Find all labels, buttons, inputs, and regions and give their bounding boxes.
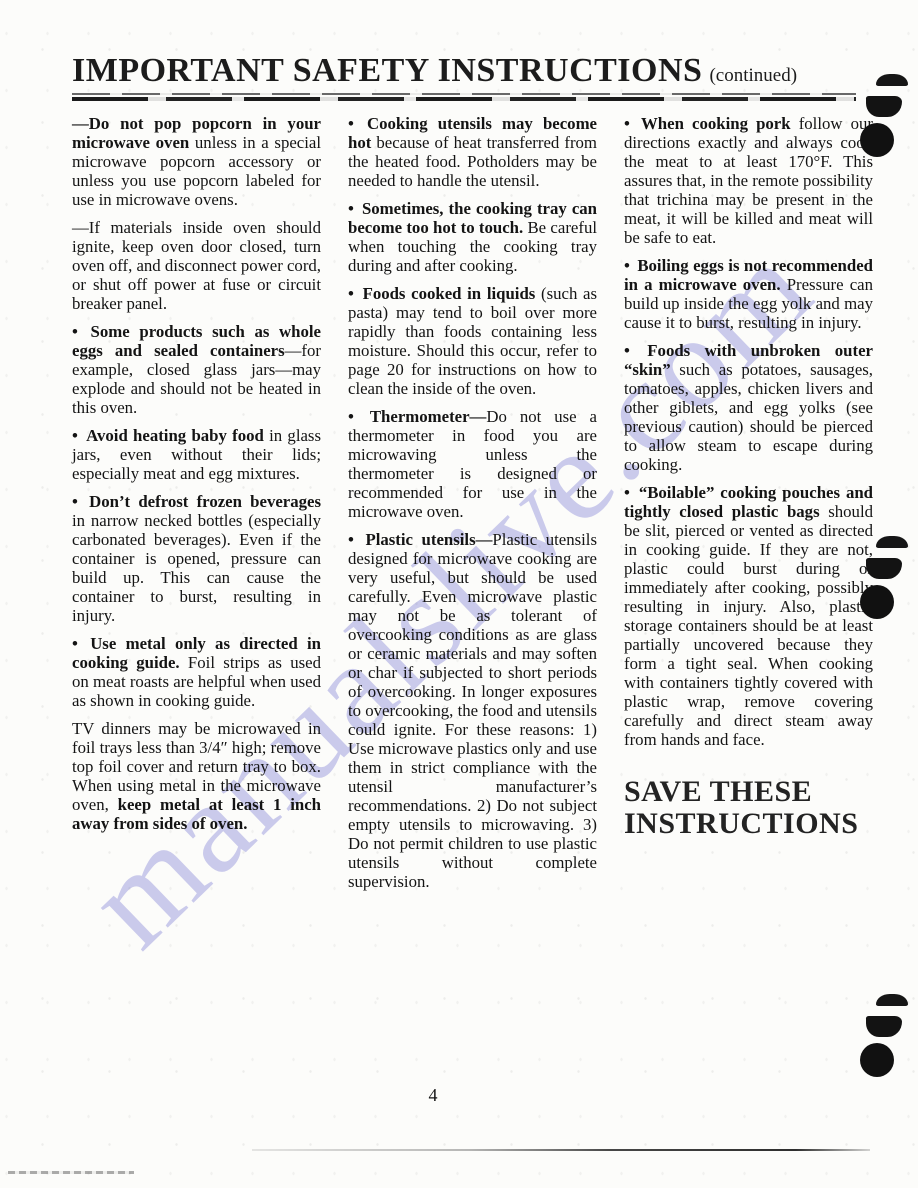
page-header: IMPORTANT SAFETY INSTRUCTIONS(continued) [72, 54, 856, 101]
binding-bowl-mark [866, 558, 902, 579]
save-heading-line2: INSTRUCTIONS [624, 808, 873, 840]
binding-dome-mark [876, 994, 908, 1006]
binding-marks-middle [858, 536, 910, 619]
column-2: • Cooking utensils may become hot becaus… [348, 114, 597, 900]
title-underline [72, 93, 856, 101]
paragraph-lead: Some products such as whole eggs and sea… [72, 322, 321, 360]
save-heading-line1: SAVE THESE [624, 776, 873, 808]
paragraph-lead: Use metal only as directed in cooking gu… [72, 634, 321, 672]
paragraph: TV dinners may be microwaved in foil tra… [72, 719, 321, 833]
bullet-marker: • [72, 634, 87, 653]
paragraph-lead: —Do not pop popcorn in your microwave ov… [72, 114, 321, 152]
paragraph: • When cooking pork follow our direction… [624, 114, 873, 247]
bullet-marker: • [348, 284, 360, 303]
binding-dot-mark [860, 123, 894, 157]
paragraph: • Plastic utensils—Plastic utensils desi… [348, 530, 597, 891]
content-columns: —Do not pop popcorn in your microwave ov… [0, 114, 918, 900]
binding-dot-mark [860, 1043, 894, 1077]
bullet-marker: • [348, 114, 364, 133]
binding-dome-mark [876, 74, 908, 86]
paragraph-tail: keep metal at least 1 inch away from sid… [72, 795, 321, 833]
paragraph-lead: Foods cooked in liquids [363, 284, 536, 303]
paragraph: • Avoid heating baby food in glass jars,… [72, 426, 321, 483]
page-title-suffix: (continued) [709, 65, 797, 86]
paragraph-lead: When cooking pork [641, 114, 791, 133]
page-number: 4 [0, 1085, 866, 1106]
scan-artifact-mark [8, 1171, 134, 1174]
paragraph: • Thermometer—Do not use a thermometer i… [348, 407, 597, 521]
paragraph: • Foods with unbroken outer “skin” such … [624, 341, 873, 474]
paragraph: —Do not pop popcorn in your microwave ov… [72, 114, 321, 209]
manual-page: manualslive.com IMPORTANT SAFETY INSTRUC… [0, 0, 918, 1188]
bullet-marker: • [624, 483, 636, 502]
paragraph: • Sometimes, the cooking tray can become… [348, 199, 597, 275]
binding-bowl-mark [866, 96, 902, 117]
bullet-marker: • [72, 492, 86, 511]
column-1: —Do not pop popcorn in your microwave ov… [72, 114, 321, 900]
column-1-items: —Do not pop popcorn in your microwave ov… [72, 114, 321, 833]
paragraph-lead: Sometimes, the cooking tray can become t… [348, 199, 597, 237]
paragraph-lead: Thermometer— [370, 407, 487, 426]
bullet-marker: • [624, 114, 638, 133]
scan-artifact-line [252, 1149, 870, 1151]
bullet-marker: • [348, 199, 359, 218]
paragraph: • Don’t defrost frozen beverages in narr… [72, 492, 321, 625]
page-title-text: IMPORTANT SAFETY INSTRUCTIONS [72, 52, 702, 89]
paragraph: —If materials inside oven should ignite,… [72, 218, 321, 313]
paragraph-lead: Plastic utensils— [365, 530, 492, 549]
binding-dome-mark [876, 536, 908, 548]
binding-dot-mark [860, 585, 894, 619]
paragraph: • Some products such as whole eggs and s… [72, 322, 321, 417]
binding-bowl-mark [866, 1016, 902, 1037]
paragraph-lead: Boiling eggs is not recommended in a mic… [624, 256, 873, 294]
bullet-marker: • [72, 426, 83, 445]
paragraph: • Boiling eggs is not recommended in a m… [624, 256, 873, 332]
column-2-items: • Cooking utensils may become hot becaus… [348, 114, 597, 891]
bullet-marker: • [348, 407, 367, 426]
column-3-items: • When cooking pork follow our direction… [624, 114, 873, 749]
paragraph: • Cooking utensils may become hot becaus… [348, 114, 597, 190]
paragraph-lead: Don’t defrost frozen beverages [89, 492, 321, 511]
paragraph: • Foods cooked in liquids (such as pasta… [348, 284, 597, 398]
bullet-marker: • [624, 256, 634, 275]
bullet-marker: • [72, 322, 88, 341]
paragraph-lead: Foods with unbroken outer “skin” [624, 341, 873, 379]
paragraph-lead: “Boilable” cooking pouches and tightly c… [624, 483, 873, 521]
binding-marks-bottom [858, 994, 910, 1077]
bullet-marker: • [348, 530, 362, 549]
paragraph: • “Boilable” cooking pouches and tightly… [624, 483, 873, 749]
page-title: IMPORTANT SAFETY INSTRUCTIONS(continued) [72, 54, 856, 88]
column-3: • When cooking pork follow our direction… [624, 114, 873, 900]
binding-marks-top [858, 74, 910, 157]
paragraph-lead: Cooking utensils may become hot [348, 114, 597, 152]
bullet-marker: • [624, 341, 644, 360]
paragraph: • Use metal only as directed in cooking … [72, 634, 321, 710]
save-instructions-heading: SAVE THESE INSTRUCTIONS [624, 776, 873, 840]
paragraph-lead: Avoid heating baby food [86, 426, 264, 445]
